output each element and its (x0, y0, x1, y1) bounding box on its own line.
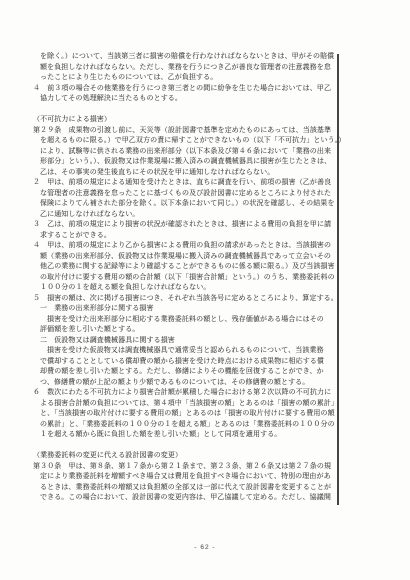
text-line: の累計」と、「業務委託料の１００分の１を超える額」とあるのは「業務委託料の１００… (33, 420, 338, 431)
blank-line (33, 105, 338, 116)
text-line: つ、修繕費の額が上記の額より少額であるものについては、その修繕費の額とする。 (33, 378, 338, 389)
section-heading: （業務委託料の変更に代える設計図書の変更） (33, 451, 338, 462)
text-line: で償却することとしている償却費の額から損害を受けた時点における成果物に相応する償 (33, 357, 338, 368)
section-heading: （不可抗力による損害） (33, 115, 338, 126)
text-line: １００分の１を超える額を負担しなければならない。 (33, 283, 338, 294)
text-line: ったことにより生じたものについては、乙が負担する。 (33, 73, 338, 84)
text-line: ４ 前３項の場合その他業務を行うにつき第三者との間に紛争を生じた場合においては、… (33, 84, 338, 95)
text-line: の取片付けに要する費用の額の合計額（以下「損害合計額」という。）のうち、業務委託… (33, 273, 338, 284)
text-line: と、「当該損害の取片付けに要する費用の額」とあるのは「損害の取片付けに要する費用… (33, 409, 338, 420)
text-line: 二 仮設物又は調査機械器具に関する損害 (33, 336, 338, 347)
text-line: ６ 数次にわたる不可抗力により損害合計額が累積した場合における第２次以降の不可抗… (33, 388, 338, 399)
text-line: ３ 乙は、前項の規定により損害の状況が確認されたときは、損害による費用の負担を甲… (33, 220, 338, 231)
text-line: ４ 甲は、前項の規定により乙から損害による費用の負担の請求があったときは、当該損… (33, 241, 338, 252)
text-line: 評価額を差し引いた額とする。 (33, 325, 338, 336)
page-number: - 62 - (0, 544, 410, 551)
text-line: 求することができる。 (33, 231, 338, 242)
text-line: 損害を受けた仮設物又は調査機械器具で通常妥当と認められるものについて、当該業務 (33, 346, 338, 357)
text-line: 額（業務の出来形部分、仮設物又は作業現場に搬入済みの調査機械器具であって立会いそ… (33, 252, 338, 263)
text-line: できる。この場合において、設計図書の変更内容は、甲乙協議して定める。ただし、協議… (33, 493, 338, 504)
text-line: ２ 甲は、前項の規定による通知を受けたときは、直ちに調査を行い、前項の損害（乙が… (33, 178, 338, 189)
text-line: 協力してその処理解決に当たるものとする。 (33, 94, 338, 105)
text-line: 形部分」という。）、仮設物又は作業現場に搬入済みの調査機械器具に損害が生じたとき… (33, 157, 338, 168)
text-line: 乙は、その事実の発生後直ちにその状況を甲に通知しなければならない。 (33, 168, 338, 179)
text-line: 第２９条 成果物の引渡し前に、天災等（設計図書で基準を定めたものにあっては、当該… (33, 126, 338, 137)
text-line: 第３０条 甲は、第８条、第１７条から第２１条まで、第２３条、第２６条又は第２７条… (33, 462, 338, 473)
blank-line (33, 441, 338, 452)
text-line: 損害を受けた出来形部分に相応する業務委託料の額とし、残存価値がある場合にはその (33, 315, 338, 326)
text-line: 額を負担しなければならない。ただし、業務を行うにつき乙が善良な管理者の注意義務を… (33, 63, 338, 74)
text-line: １を超える額から既に負担した額を差し引いた額」として同項を適用する。 (33, 430, 338, 441)
text-line: 定により業務委託料を増額すべき場合又は費用を負担すべき場合において、特別の理由が… (33, 472, 338, 483)
text-line: るときは、業務委託料の増額又は負担額の全部又は一部に代えて設計図書を変更すること… (33, 483, 338, 494)
document-page: を除く。）について、当該第三者に損害の賠償を行わなければならないときは、甲がその… (0, 0, 410, 580)
text-line: を超えるものに限る。）で甲乙双方の責に帰すことができないもの（以下「不可抗力」と… (33, 136, 338, 147)
text-line: 乙に通知しなければならない。 (33, 210, 338, 221)
document-text: を除く。）について、当該第三者に損害の賠償を行わなければならないときは、甲がその… (33, 52, 338, 504)
text-line: な管理者の注意義務を怠ったことに基づくもの及び設計図書に定めるところにより付され… (33, 189, 338, 200)
text-line: により、試験等に供される業務の出来形部分（以下本条及び第４６条において「業務の出… (33, 147, 338, 158)
text-line: 一 業務の出来形部分に関する損害 (33, 304, 338, 315)
revision-bar (337, 54, 339, 505)
text-line: 他乙の業務に関する記録等により確認することができるものに係る額に限る。）及び当該… (33, 262, 338, 273)
text-line: を除く。）について、当該第三者に損害の賠償を行わなければならないときは、甲がその… (33, 52, 338, 63)
text-line: 保険によりてん補された部分を除く。以下本条において同じ。）の状況を確認し、その結… (33, 199, 338, 210)
text-line: よる損害合計額の負担については、第４項中「当該損害の額」とあるのは「損害の額の累… (33, 399, 338, 410)
text-line: 却費の額を差し引いた額とする。ただし、修繕によりその機能を回復することができ、か (33, 367, 338, 378)
text-line: ５ 損害の額は、次に掲げる損害につき、それぞれ当該各号に定めるところにより、算定… (33, 294, 338, 305)
